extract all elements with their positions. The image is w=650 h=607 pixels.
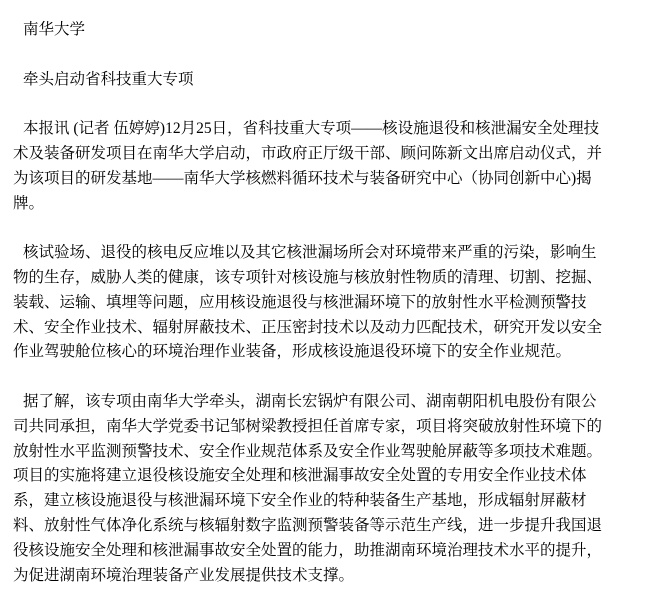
article-paragraph-details: 据了解，该专项由南华大学牵头，湖南长宏锅炉有限公司、湖南朝阳机电股份有限公司共同… [13, 390, 605, 588]
article-title: 南华大学 [13, 18, 605, 43]
article-paragraph-background: 核试验场、退役的核电反应堆以及其它核泄漏场所会对环境带来严重的污染，影响生物的生… [13, 241, 605, 365]
article-paragraph-lede: 本报讯 (记者 伍婷婷)12月25日，省科技重大专项——核设施退役和核泄漏安全处… [13, 117, 605, 216]
article-document: 南华大学 牵头启动省科技重大专项 本报讯 (记者 伍婷婷)12月25日，省科技重… [0, 0, 605, 588]
article-subtitle: 牵头启动省科技重大专项 [13, 68, 605, 93]
